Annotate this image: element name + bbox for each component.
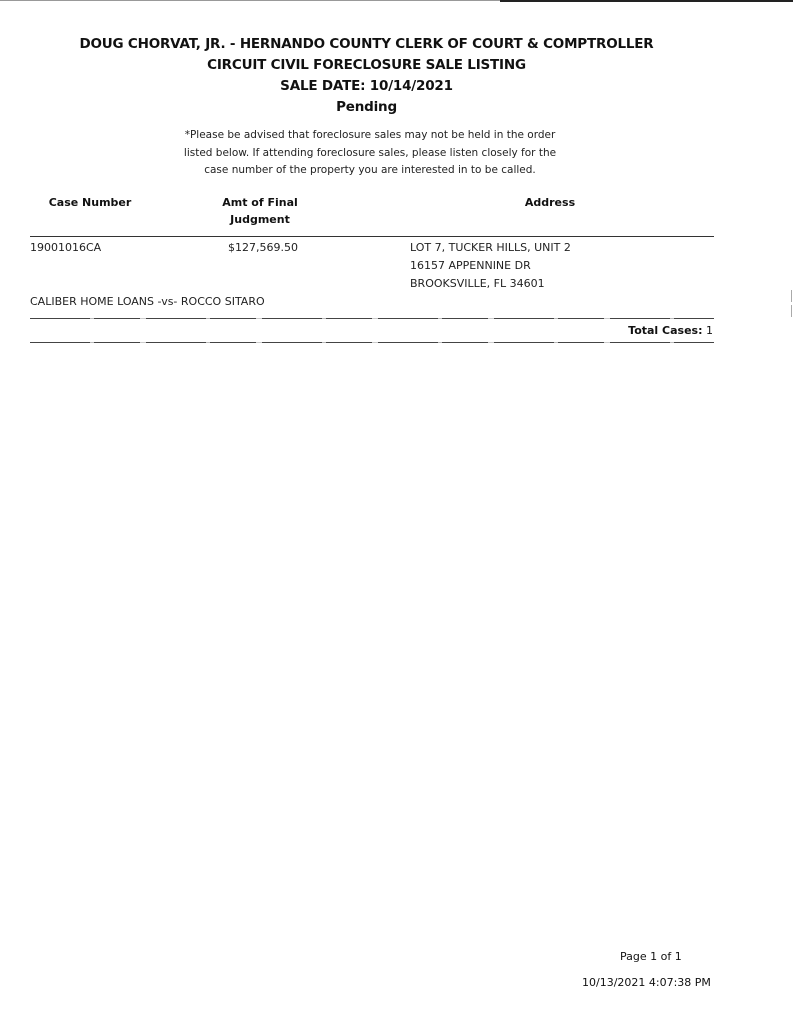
case-parties: CALIBER HOME LOANS -vs- ROCCO SITARO — [30, 293, 265, 311]
scan-artifact — [791, 290, 792, 302]
total-divider — [30, 342, 714, 343]
address-line: 16157 APPENNINE DR — [410, 257, 571, 275]
scan-edge-line — [0, 0, 500, 1]
total-cases-label: Total Cases: — [628, 324, 702, 337]
notice-line: *Please be advised that foreclosure sale… — [160, 127, 580, 145]
clerk-title: DOUG CHORVAT, JR. - HERNANDO COUNTY CLER… — [0, 34, 733, 55]
column-header-amount-line: Judgment — [205, 211, 315, 228]
sale-status: Pending — [0, 97, 733, 118]
scan-edge-line — [500, 0, 793, 2]
page-number: Page 1 of 1 — [620, 948, 682, 966]
notice-line: listed below. If attending foreclosure s… — [160, 145, 580, 163]
address-line: LOT 7, TUCKER HILLS, UNIT 2 — [410, 239, 571, 257]
judgment-amount: $127,569.50 — [228, 239, 298, 257]
total-cases: Total Cases: 1 — [628, 322, 713, 340]
address-line: BROOKSVILLE, FL 34601 — [410, 275, 571, 293]
column-header-address: Address — [470, 194, 630, 211]
notice-line: case number of the property you are inte… — [160, 162, 580, 180]
column-header-amount: Amt of Final Judgment — [205, 194, 315, 228]
print-timestamp: 10/13/2021 4:07:38 PM — [582, 974, 711, 992]
property-address: LOT 7, TUCKER HILLS, UNIT 2 16157 APPENN… — [410, 239, 571, 293]
header-divider — [30, 236, 714, 237]
report-header: DOUG CHORVAT, JR. - HERNANDO COUNTY CLER… — [0, 34, 733, 118]
sale-notice: *Please be advised that foreclosure sale… — [160, 127, 580, 180]
report-title: CIRCUIT CIVIL FORECLOSURE SALE LISTING — [0, 55, 733, 76]
case-number: 19001016CA — [30, 239, 101, 257]
sale-date: SALE DATE: 10/14/2021 — [0, 76, 733, 97]
column-header-amount-line: Amt of Final — [205, 194, 315, 211]
scan-artifact — [791, 305, 792, 317]
total-cases-value: 1 — [706, 324, 713, 337]
column-header-case-number: Case Number — [40, 194, 140, 211]
row-divider — [30, 318, 714, 319]
